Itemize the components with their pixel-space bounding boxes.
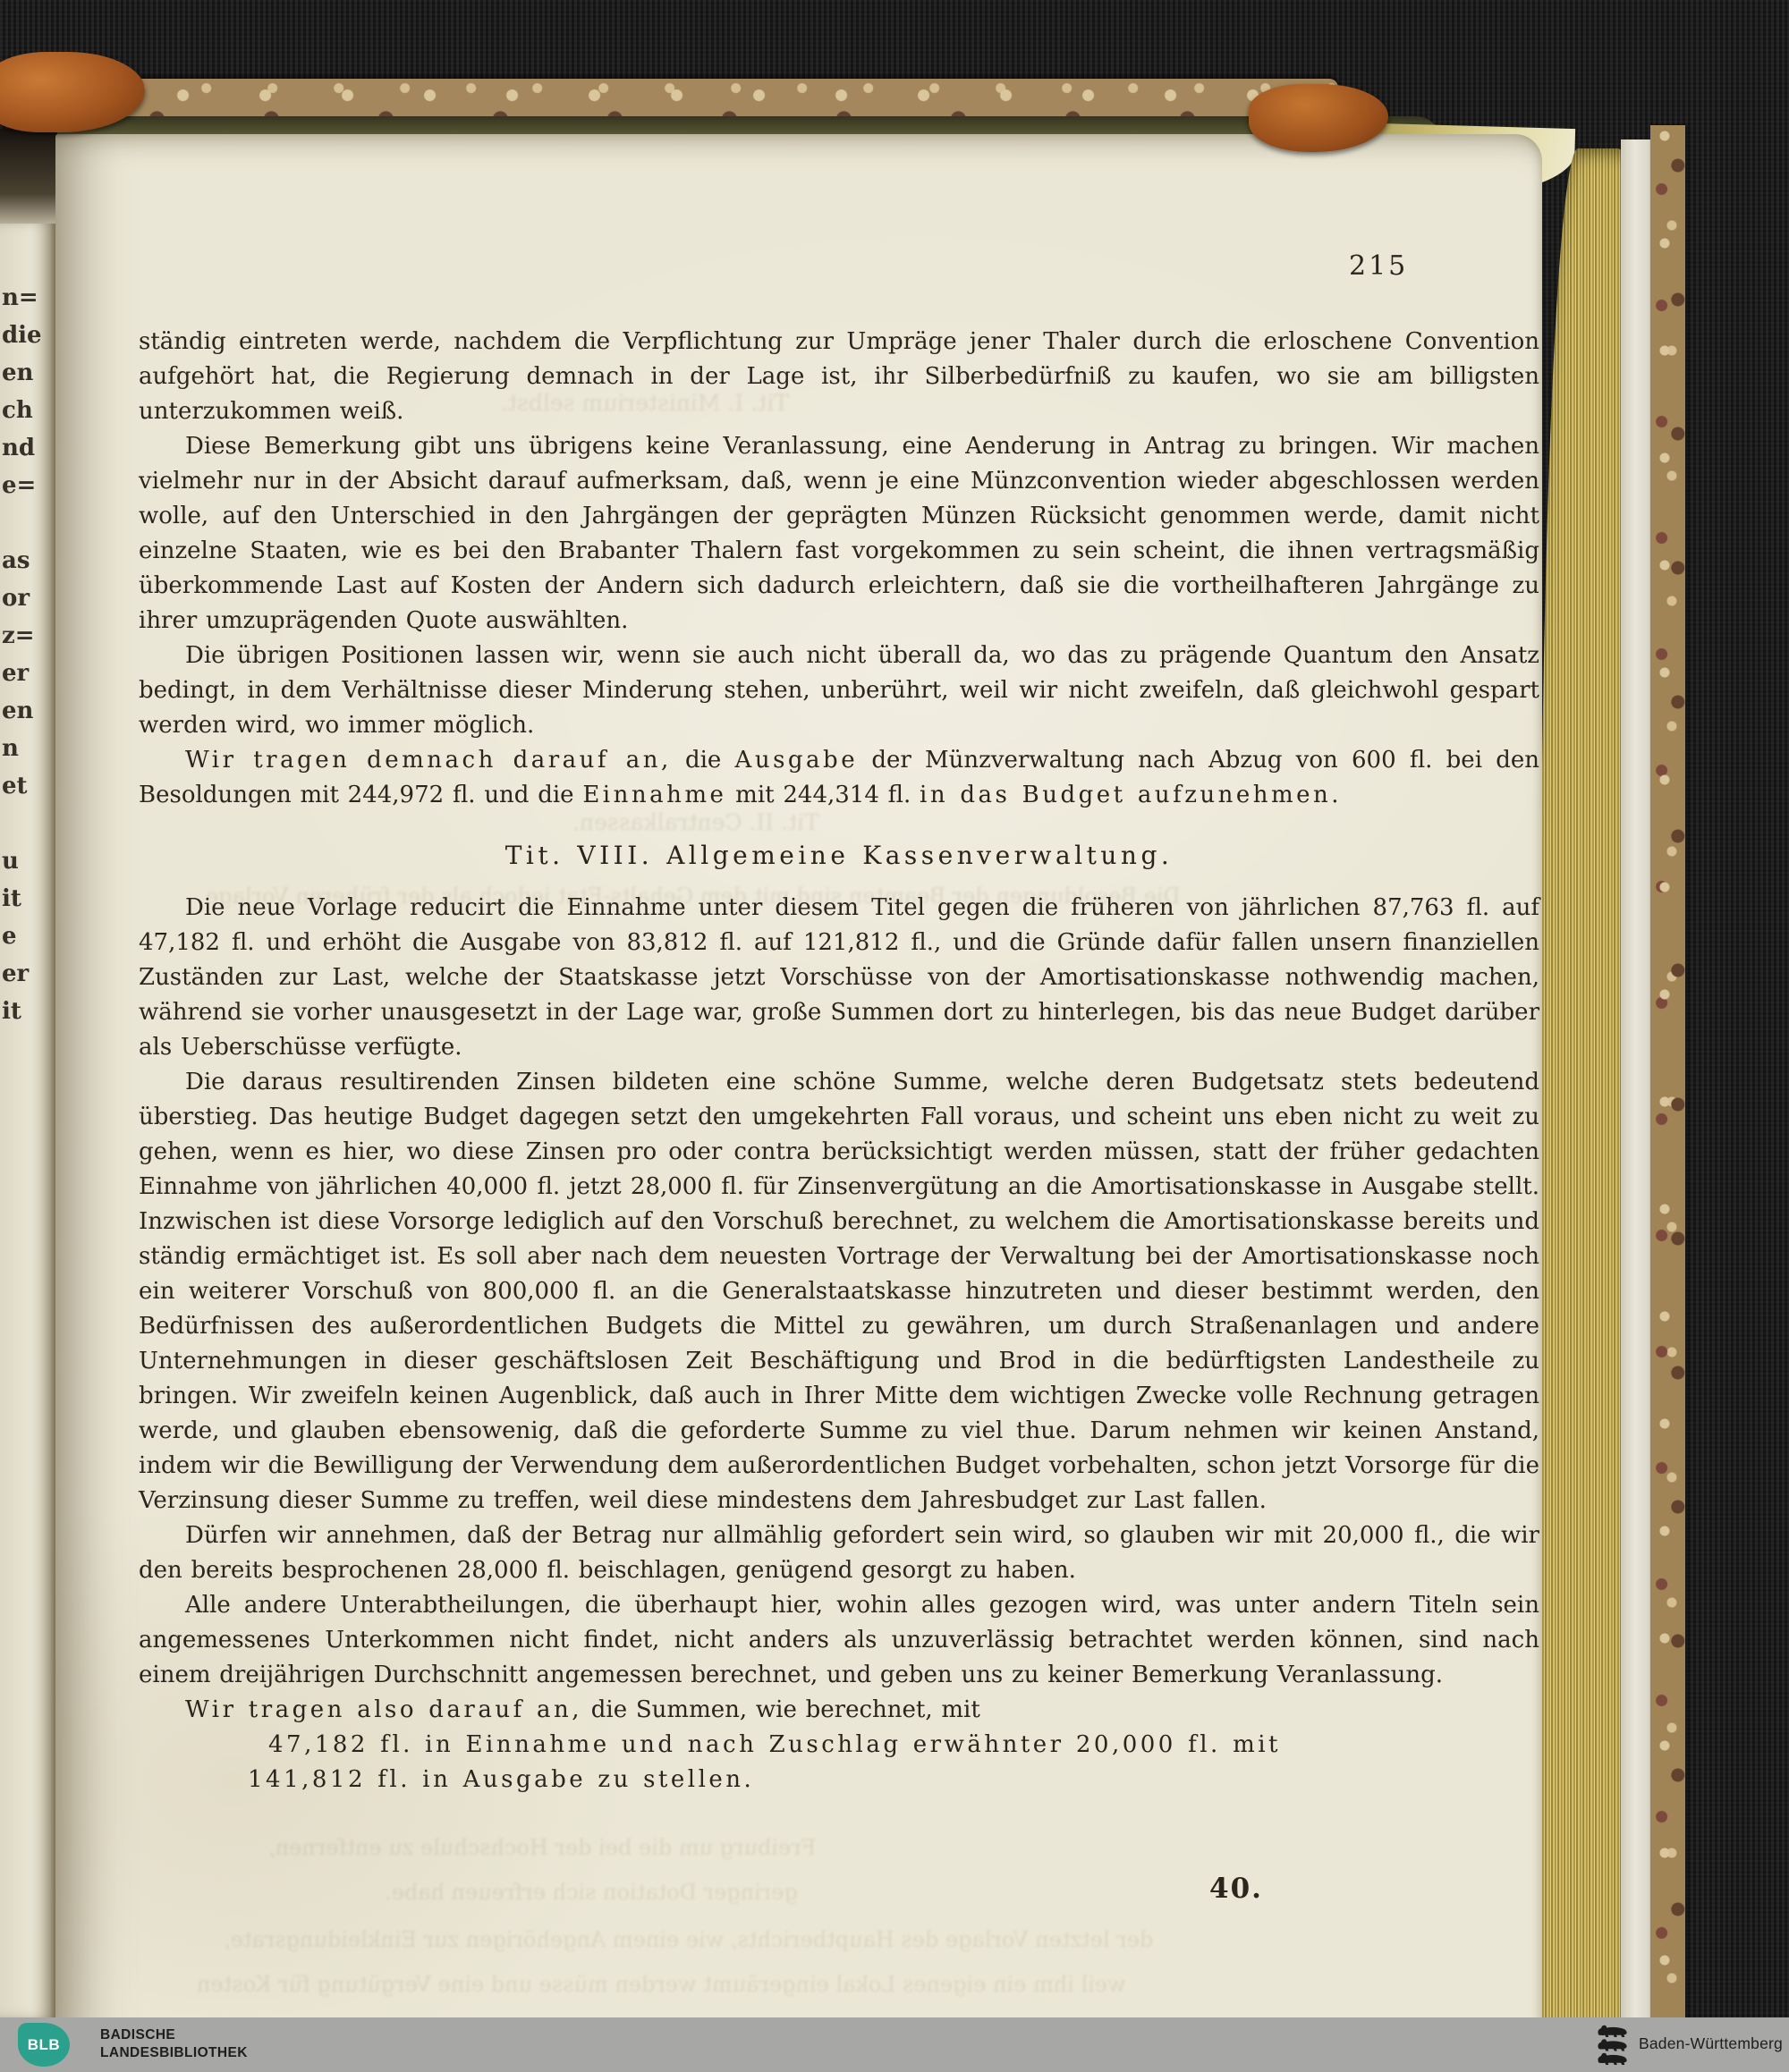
paragraph: ständig eintreten werde, nachdem die Ver… [139, 325, 1539, 429]
paragraph: Wir tragen demnach darauf an, die Ausgab… [139, 743, 1539, 813]
page-fragment: en [2, 359, 33, 386]
coat-of-arms-icon [1596, 2024, 1630, 2067]
amount-line: 47,182 fl. in Einnahme und nach Zuschlag… [139, 1728, 1539, 1763]
text-segment: die Summen, wie berechnet, mit [582, 1696, 980, 1723]
text-segment: Die neue Vorlage reducirt die Einnahme u… [139, 894, 1539, 1061]
marbled-board-right-edge [1650, 125, 1685, 2072]
page-fragment: nd [2, 435, 35, 461]
show-through-line: Freiburg um die bei der Hochschule zu en… [268, 1835, 816, 1860]
paragraph: Die daraus resultirenden Zinsen bildeten… [139, 1065, 1539, 1518]
text-segment: in das Budget aufzunehmen. [920, 782, 1342, 808]
footer-bar: BLB BADISCHE LANDESBIBLIOTHEK Baden-Würt… [0, 2017, 1789, 2072]
paragraph: Diese Bemerkung gibt uns übrigens keine … [139, 429, 1539, 639]
text-segment: 141,812 fl. in Ausgabe zu stellen. [248, 1766, 754, 1793]
section-heading: Tit. VIII. Allgemeine Kassenverwaltung. [139, 838, 1539, 873]
page-fragment: n [2, 735, 19, 762]
text-segment: ständig eintreten werde, nachdem die Ver… [139, 328, 1539, 425]
amount-line: 141,812 fl. in Ausgabe zu stellen. [139, 1763, 1539, 1797]
page-fragment: e [2, 923, 17, 950]
paragraph: Wir tragen also darauf an, die Summen, w… [139, 1693, 1539, 1728]
text-segment: mit 244,314 fl. [726, 782, 920, 808]
page-fragment: er [2, 660, 29, 687]
paragraph: Dürfen wir annehmen, daß der Betrag nur … [139, 1518, 1539, 1588]
text-segment: Alle andere Unterabtheilungen, die überh… [139, 1592, 1539, 1688]
book-scan-photograph: 215 ständig eintreten werde, nachdem die… [0, 0, 1789, 2072]
page-fragment: e= [2, 472, 36, 499]
text-segment: Die übrigen Positionen lassen wir, wenn … [139, 642, 1539, 739]
library-name: BADISCHE LANDESBIBLIOTHEK [100, 2026, 248, 2062]
page-fragment: it [2, 885, 21, 912]
paragraph: Alle andere Unterabtheilungen, die überh… [139, 1588, 1539, 1693]
text-segment: Wir tragen also darauf an, [185, 1696, 582, 1723]
paragraph: Die neue Vorlage reducirt die Einnahme u… [139, 891, 1539, 1065]
text-segment: Wir tragen demnach darauf an, [185, 747, 672, 774]
page-number: 215 [1349, 250, 1408, 282]
text-segment: Ausgabe [735, 747, 859, 774]
library-name-line1: BADISCHE [100, 2026, 248, 2044]
page-fragment: z= [2, 622, 35, 649]
page-fragment: it [2, 998, 21, 1025]
page-fragment: as [2, 547, 30, 574]
text-segment: die [672, 747, 735, 774]
gutter-top-shadow [0, 129, 57, 229]
page-fragment: er [2, 960, 29, 987]
show-through-line: der letzten Vorlage des Hauptberichts, w… [224, 1927, 1153, 1952]
page-fragment: u [2, 848, 19, 875]
show-through-line: geringer Dotation sich erfreuen habe. [385, 1880, 798, 1905]
text-segment: Einnahme [582, 782, 726, 808]
paragraph: Die übrigen Positionen lassen wir, wenn … [139, 639, 1539, 743]
fore-edge-page-block [1540, 148, 1623, 2072]
blb-logo: BLB [18, 2023, 70, 2067]
page-fragment: die [2, 322, 42, 349]
signature-mark: 40. [1209, 1873, 1263, 1905]
library-name-line2: LANDESBIBLIOTHEK [100, 2044, 248, 2062]
show-through-line: weil ihm ein eigenes Lokal eingeräumt we… [197, 1972, 1126, 1997]
text-segment: Diese Bemerkung gibt uns übrigens keine … [139, 433, 1539, 634]
page-fragment: or [2, 585, 30, 612]
page-fragment: et [2, 773, 28, 799]
state-name: Baden-Württemberg [1639, 2034, 1783, 2053]
text-segment: Tit. VIII. Allgemeine Kassenverwaltung. [505, 841, 1174, 870]
page-fragment: ch [2, 397, 33, 424]
blb-logo-text: BLB [28, 2036, 60, 2054]
page-fragment: en [2, 698, 33, 724]
body-text: ständig eintreten werde, nachdem die Ver… [139, 325, 1539, 1797]
page-fragment: n= [2, 284, 38, 311]
text-segment: Dürfen wir annehmen, daß der Betrag nur … [139, 1522, 1539, 1584]
text-segment: Die daraus resultirenden Zinsen bildeten… [139, 1069, 1539, 1514]
text-segment: 47,182 fl. in Einnahme und nach Zuschlag… [268, 1731, 1281, 1758]
endpaper-edge [1621, 140, 1651, 2072]
